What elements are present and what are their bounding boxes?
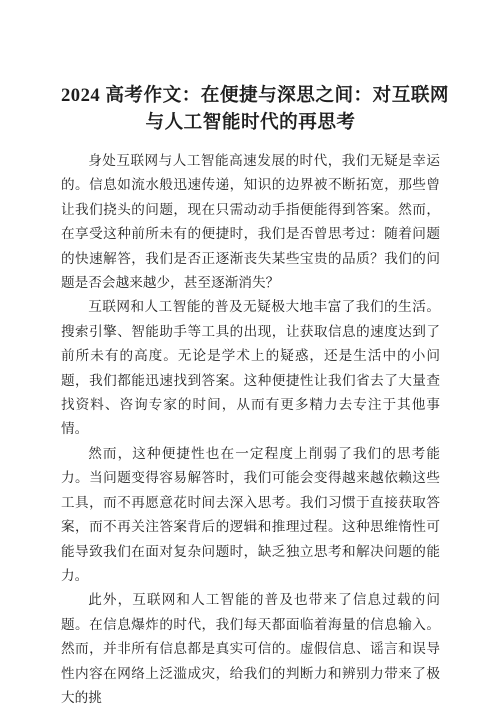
essay-document: 2024 高考作文：在便捷与深思之间：对互联网 与人工智能时代的再思考 身处互联… — [0, 0, 500, 707]
essay-title: 2024 高考作文：在便捷与深思之间：对互联网 与人工智能时代的再思考 — [61, 82, 440, 136]
essay-title-line-2: 与人工智能时代的再思考 — [61, 109, 440, 136]
essay-paragraph: 此外，互联网和人工智能的普及也带来了信息过载的问题。在信息爆炸的时代，我们每天都… — [61, 588, 440, 707]
essay-paragraph: 身处互联网与人工智能高速发展的时代，我们无疑是幸运的。信息如流水般迅速传递，知识… — [61, 149, 440, 295]
essay-paragraph: 互联网和人工智能的普及无疑极大地丰富了我们的生活。搜索引擎、智能助手等工具的出现… — [61, 295, 440, 441]
document-page: 2024 高考作文：在便捷与深思之间：对互联网 与人工智能时代的再思考 身处互联… — [0, 0, 500, 707]
essay-body: 身处互联网与人工智能高速发展的时代，我们无疑是幸运的。信息如流水般迅速传递，知识… — [61, 149, 440, 707]
essay-paragraph: 然而，这种便捷性也在一定程度上削弱了我们的思考能力。当问题变得容易解答时，我们可… — [61, 442, 440, 588]
essay-title-line-1: 2024 高考作文：在便捷与深思之间：对互联网 — [61, 82, 440, 109]
